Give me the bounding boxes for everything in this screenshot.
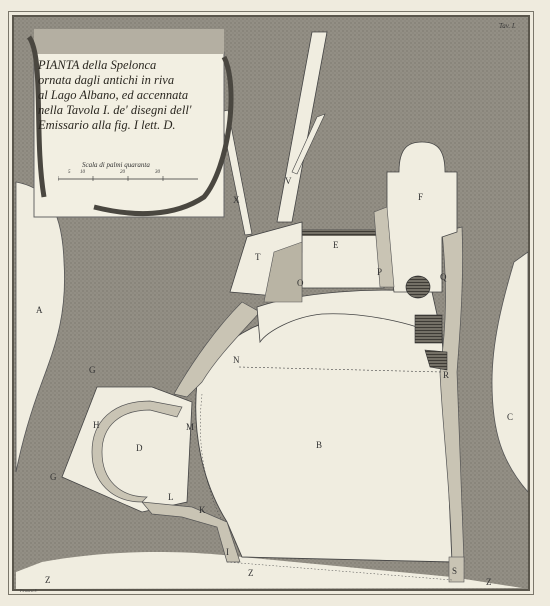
label-a: A [36, 306, 43, 315]
label-t: T [255, 253, 261, 262]
cartouche-title: PIANTA della Spelonca ornata dagli antic… [38, 58, 198, 133]
label-r: R [443, 371, 449, 380]
title-line-2: ornata dagli antichi in riva [38, 73, 198, 88]
title-line-3: al Lago Albano, ed accennata [38, 88, 198, 103]
label-m: M [186, 423, 194, 432]
label-z-center: Z [248, 569, 254, 578]
label-n: N [233, 356, 240, 365]
label-g-lower: G [50, 473, 57, 482]
label-i: I [226, 548, 229, 557]
scale-tick: 20 [120, 170, 125, 175]
label-v: V [285, 177, 292, 186]
label-f: F [418, 193, 423, 202]
title-line-1: PIANTA della Spelonca [38, 58, 198, 73]
scale-tick: 5 [68, 170, 71, 175]
label-b: B [316, 441, 322, 450]
scale-tick: 30 [155, 170, 160, 175]
label-e: E [333, 241, 339, 250]
label-d: D [136, 444, 143, 453]
label-o: O [297, 279, 304, 288]
title-line-4: nella Tavola I. de' disegni dell' [38, 103, 198, 118]
label-z-right: Z [486, 578, 492, 587]
label-p: P [377, 268, 382, 277]
plate-number: Tav. I. [499, 22, 516, 30]
scale-title: Scala di palmi quaranta [82, 161, 150, 169]
label-q: Q [440, 273, 447, 282]
scale-tick: 10 [80, 170, 85, 175]
label-s: S [452, 567, 457, 576]
label-k: K [199, 506, 206, 515]
title-line-5: Emissario alla fig. I lett. D. [38, 118, 198, 133]
label-g-upper: G [89, 366, 96, 375]
label-x: X [233, 196, 240, 205]
label-c: C [507, 413, 513, 422]
scale-bar [58, 174, 198, 182]
label-l: L [168, 493, 174, 502]
engraver-signature: Piranesi F. [20, 588, 37, 593]
label-z-left: Z [45, 576, 51, 585]
label-h: H [93, 421, 100, 430]
